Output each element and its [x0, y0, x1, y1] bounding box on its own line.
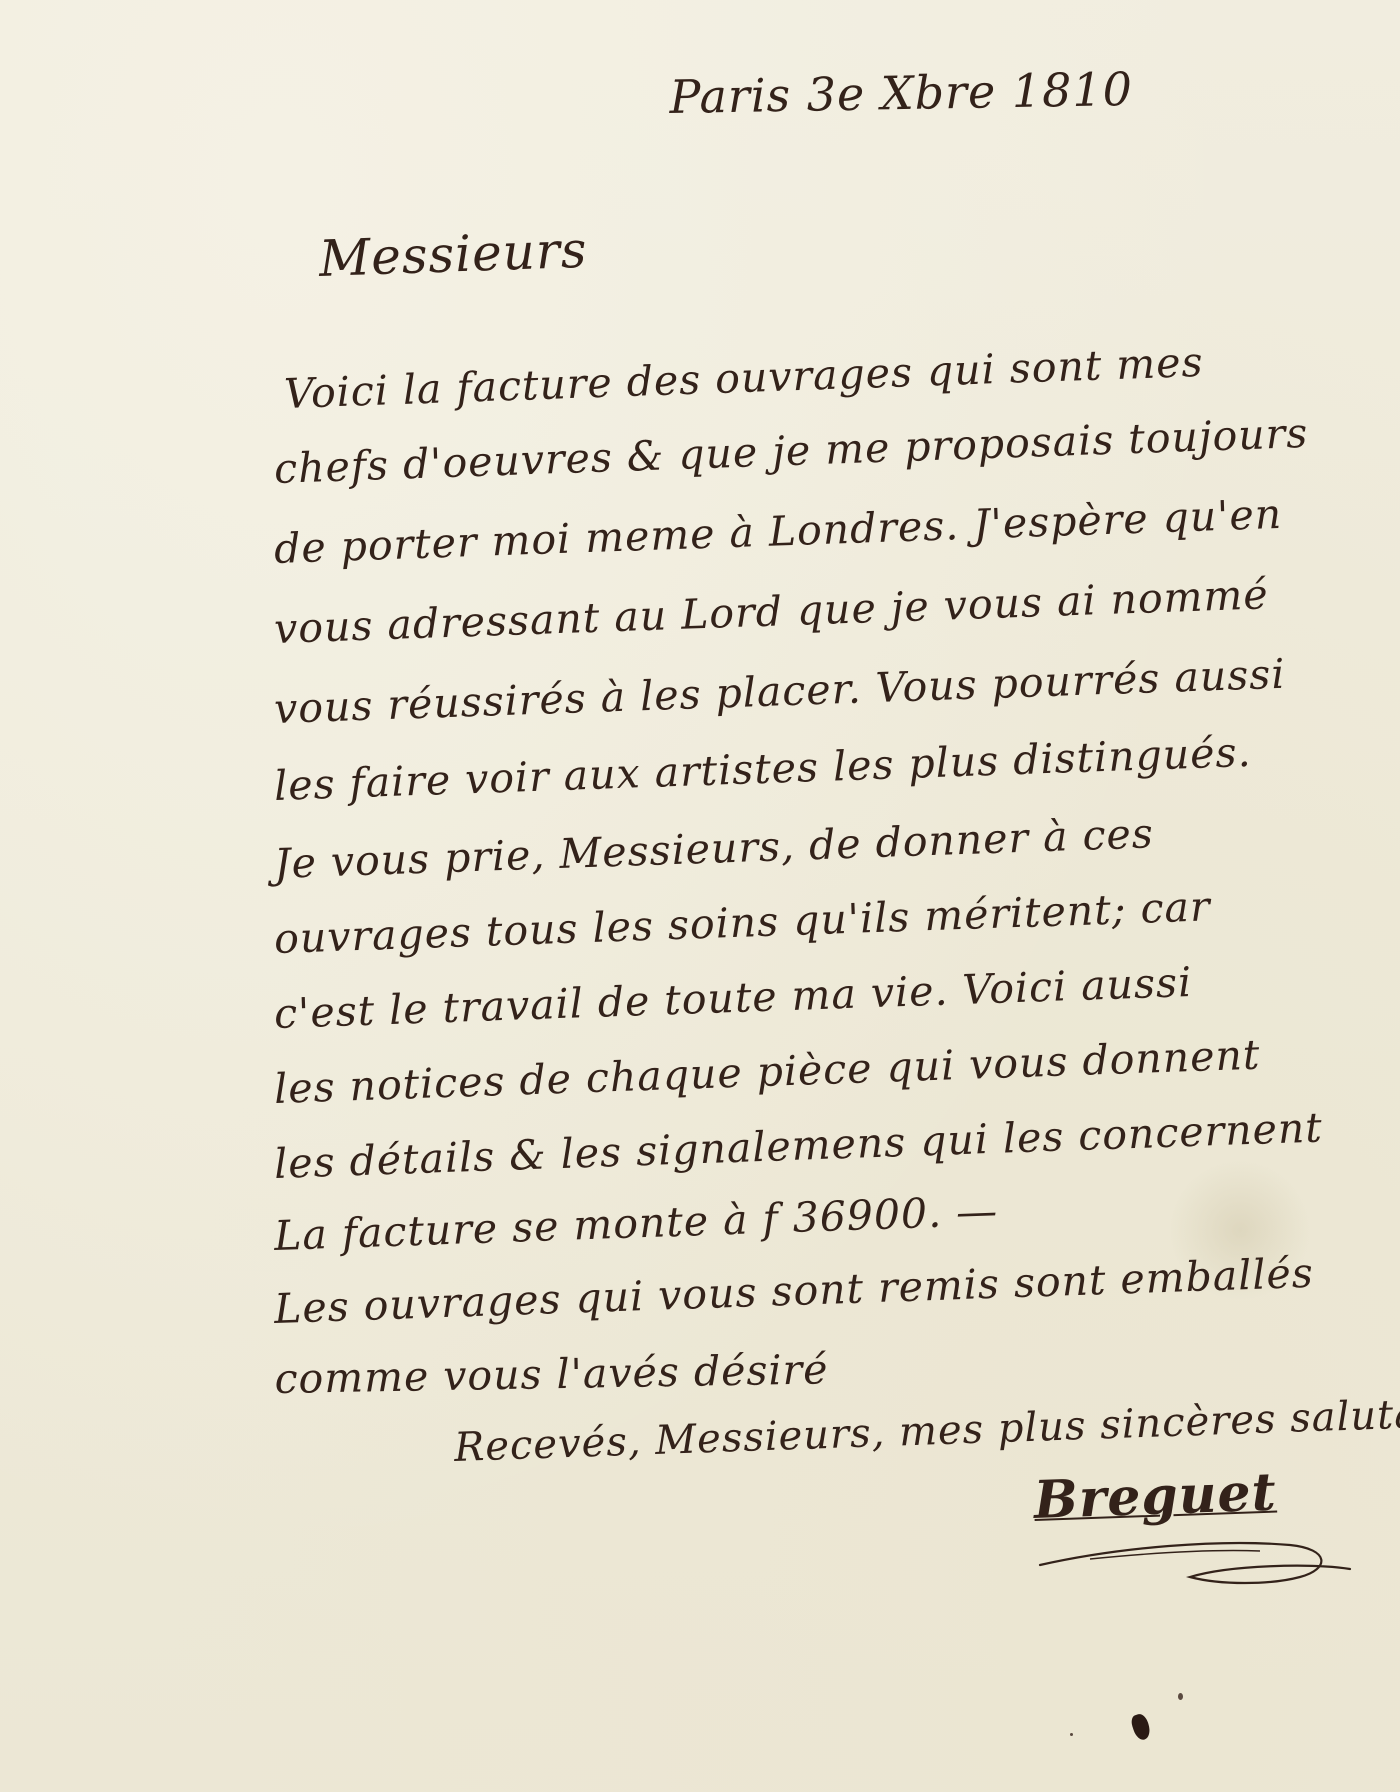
- body-line-10: les notices de chaque pièce qui vous don…: [273, 1031, 1261, 1113]
- ink-speck: [1178, 1693, 1183, 1700]
- body-line-3: de porter moi meme à Londres. J'espère q…: [273, 490, 1283, 573]
- invoice-total-line: La facture se monte à f 36900. —: [273, 1187, 999, 1260]
- body-line-8: ouvrages tous les soins qu'ils méritent;…: [273, 882, 1211, 963]
- body-line-5: vous réussirés à les placer. Vous pourré…: [273, 650, 1286, 733]
- salutation: Messieurs: [318, 221, 588, 288]
- closing-line: Recevés, Messieurs, mes plus sincères sa…: [453, 1388, 1400, 1471]
- body-line-6: les faire voir aux artistes les plus dis…: [273, 728, 1252, 810]
- body-line-13: Les ouvrages qui vous sont remis sont em…: [273, 1249, 1314, 1333]
- body-line-2: chefs d'oeuvres & que je me proposais to…: [273, 409, 1309, 493]
- body-line-1: Voici la facture des ouvrages qui sont m…: [283, 338, 1204, 418]
- body-line-4: vous adressant au Lord que je vous ai no…: [273, 570, 1269, 653]
- body-line-11: les détails & les signalemens qui les co…: [273, 1103, 1323, 1188]
- body-line-14: comme vous l'avés désiré: [274, 1345, 829, 1403]
- ink-speck: [1070, 1733, 1073, 1736]
- signature: Breguet: [1033, 1462, 1278, 1531]
- ink-blot: [1129, 1712, 1152, 1742]
- body-line-9: c'est le travail de toute ma vie. Voici …: [273, 958, 1193, 1038]
- body-line-7: Je vous prie, Messieurs, de donner à ces: [273, 809, 1154, 888]
- dateline: Paris 3e Xbre 1810: [669, 62, 1133, 124]
- signature-flourish-icon: [1030, 1525, 1360, 1605]
- letter-page: Paris 3e Xbre 1810 Messieurs Voici la fa…: [0, 0, 1400, 1792]
